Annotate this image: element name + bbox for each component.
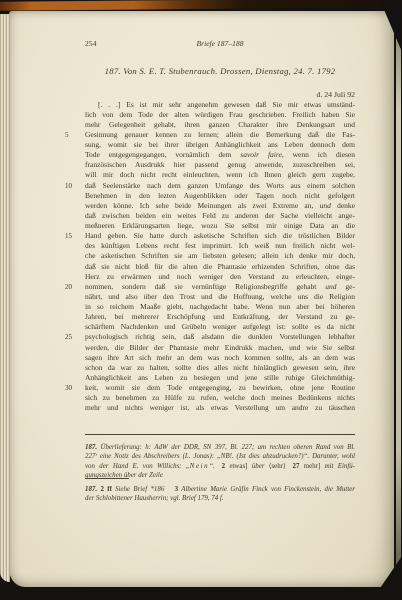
text-line: 20nommen, sondern daß sie vernünftige Re… — [85, 282, 355, 292]
text-line: Benehmen in den lezten Augenblikken oder… — [85, 191, 355, 201]
text-segment: von der Hand E. von Willichs: „ — [85, 463, 190, 470]
text-line: des künftigen Lebens recht fest imprimir… — [85, 241, 355, 251]
text-segment: nommen, sondern daß sie vernünftige Reli… — [85, 282, 325, 291]
text-segment: , wenn ich diesen — [282, 150, 355, 159]
text-segment: daß sie nicht bloß für die alten die Pha… — [85, 262, 355, 271]
text-segment: werden könne. Ich sehe beide Meinungen a… — [85, 201, 320, 210]
text-segment: Nein — [190, 463, 209, 470]
text-segment: ge- — [337, 282, 355, 291]
text-segment: Jahren, bei mehrerer Erschöpfung und Ent… — [85, 312, 355, 321]
text-segment — [215, 463, 222, 470]
text-line: in so reichem Maaße giebt, nachgedacht h… — [85, 302, 355, 312]
apparatus-divider-rule — [85, 434, 355, 435]
text-segment: meßneren Erklärungsarten liege, wozu Sie… — [85, 221, 355, 230]
text-line: sung, womit sie bei ihrer übrigen Anhäng… — [85, 140, 355, 150]
text-segment: will mir doch nicht recht einleuchten, w… — [85, 170, 355, 179]
text-segment: in so reichem Maaße giebt, nachgedacht h… — [85, 302, 355, 311]
text-segment: Hand geben. Sie hatte durch asketische S… — [85, 231, 355, 240]
text-segment: mit Einfü- — [325, 463, 355, 470]
text-segment: etwas] — [225, 463, 252, 470]
text-segment: sich zu benehmen zu Hülfe zu rufen, welc… — [85, 393, 355, 402]
text-line: Jahren, bei mehrerer Erschöpfung und Ent… — [85, 312, 355, 322]
text-segment: Anhänglichkeit ans Leben zu besiegen und… — [85, 373, 355, 382]
text-segment: [. . .] Es ist mir sehr angenehm gewesen… — [98, 100, 355, 109]
text-line: von der Hand E. von Willichs: „Nein“. 2 … — [85, 462, 355, 471]
text-segment: werden, die Bilder der Phantasie mehr Ei… — [85, 343, 355, 352]
page-header: 254 Briefe 187–188 — [85, 39, 355, 51]
text-line: der Schlobittener Hausherrin; vgl. Brief… — [85, 494, 355, 503]
margin-line-number: 15 — [65, 231, 80, 241]
text-line: 5Gesinnung genauer kennen zu lernen; all… — [85, 130, 355, 140]
text-segment: Albertine Marie Gräfin Finck von Fincken… — [178, 486, 355, 493]
text-segment: mehr] — [299, 463, 324, 470]
text-line: mehr Gelegenheit gehabt, ihren ganzen Ch… — [85, 120, 355, 130]
text-line: Anhänglichkeit ans Leben zu besiegen und… — [85, 373, 355, 383]
letter-dateline: d. 24 Juli 92 — [85, 90, 355, 99]
text-line: daß zwischen beiden ein weites Feld zu a… — [85, 211, 355, 221]
text-segment: lich von dem Tode der alten würdigen Fra… — [85, 110, 355, 119]
letter-body: [. . .] Es ist mir sehr angenehm gewesen… — [85, 100, 355, 414]
text-segment: nährt, und also über den Trost und die H… — [85, 292, 355, 301]
text-line: Tode entgegengegangen, vornämlich dem sa… — [85, 150, 355, 160]
text-segment: Herz zu erwärmen und noch weniger den Ve… — [85, 272, 355, 281]
text-segment: ⟨sehr⟩ — [264, 463, 285, 470]
margin-line-number: 10 — [65, 181, 80, 191]
text-segment: daß Seelenstärke nach dem ganzen Umfange… — [85, 181, 355, 190]
text-line: sich zu benehmen zu Hülfe zu rufen, welc… — [85, 393, 355, 403]
critical-apparatus: 187. Überlieferung: h: AdW der DDR, SN 3… — [85, 443, 355, 481]
text-segment: denke — [331, 201, 355, 210]
book-cover-edge — [0, 0, 392, 11]
text-line: lich von dem Tode der alten würdigen Fra… — [85, 110, 355, 120]
text-segment: des künftigen Lebens recht fest imprimir… — [85, 241, 355, 250]
text-line: 227ʳ eine Notiz des Abschreibers (L. Jon… — [85, 452, 355, 461]
page-edge-stack — [0, 14, 10, 582]
text-segment: che asketischen Schriften sie am liebste… — [85, 251, 355, 260]
text-line: französischen Ausdrukk hier passend genu… — [85, 160, 355, 170]
text-segment: der Schlobittener Hausherrin; vgl. Brief… — [85, 495, 224, 502]
text-segment: savoir faire — [240, 150, 282, 159]
text-segment: Benehmen in den lezten Augenblikken oder… — [85, 191, 355, 200]
text-segment: über — [252, 463, 265, 470]
footnote-divider-rule — [85, 478, 129, 479]
text-segment: schon da war zu halten, sollte dies alle… — [85, 363, 355, 372]
adjacent-page-edge — [396, 8, 401, 576]
text-segment: sung, womit sie bei ihrer übrigen Anhäng… — [85, 140, 355, 149]
margin-line-number: 30 — [65, 383, 80, 393]
text-line: mehr und nichts weniger ist, als etwas V… — [85, 403, 355, 413]
text-segment: 187. — [85, 444, 97, 451]
text-line: will mir doch nicht recht einleuchten, w… — [85, 170, 355, 180]
text-segment: sagen ihre Art sich mehr an dem was noch… — [85, 353, 355, 362]
text-segment: französischen Ausdrukk hier passend genu… — [85, 160, 355, 169]
commentary-footnotes: 187. 2 ff Siehe Brief *186 3 Albertine M… — [85, 485, 355, 504]
text-segment: 187. — [85, 486, 97, 493]
text-line: 187. Überlieferung: h: AdW der DDR, SN 3… — [85, 443, 355, 452]
text-segment: und — [320, 201, 331, 210]
text-line: daß sie nicht bloß für die alten die Pha… — [85, 262, 355, 272]
margin-line-number: 20 — [65, 282, 80, 292]
text-line: 10daß Seelenstärke nach dem ganzen Umfan… — [85, 181, 355, 191]
text-line: che asketischen Schriften sie am liebste… — [85, 251, 355, 261]
margin-line-number: 5 — [65, 130, 80, 140]
text-line: meßneren Erklärungsarten liege, wozu Sie… — [85, 221, 355, 231]
text-segment: 2 ff — [101, 486, 112, 493]
text-segment: Gesinnung genauer kennen zu lernen; alle… — [85, 130, 355, 139]
text-segment — [164, 486, 174, 493]
text-line: werden, die Bilder der Phantasie mehr Ei… — [85, 343, 355, 353]
letter-heading: 187. Von S. E. T. Stubenrauch. Drossen, … — [75, 66, 365, 76]
text-line: [. . .] Es ist mir sehr angenehm gewesen… — [85, 100, 355, 110]
text-line: gungszeichen über der Zeile — [85, 471, 355, 480]
text-segment: Tode entgegengegangen, vornämlich dem — [85, 150, 240, 159]
text-line: schon da war zu halten, sollte dies alle… — [85, 363, 355, 373]
margin-line-number: 25 — [65, 332, 80, 342]
text-segment: und — [325, 282, 336, 291]
text-line: 25psychologisch richtig sein, daß alsdan… — [85, 332, 355, 342]
text-line: 187. 2 ff Siehe Brief *186 3 Albertine M… — [85, 485, 355, 494]
book-scan-background: 254 Briefe 187–188 187. Von S. E. T. Stu… — [0, 0, 402, 600]
text-line: 15Hand geben. Sie hatte durch asketische… — [85, 231, 355, 241]
text-line: nährt, und also über den Trost und die H… — [85, 292, 355, 302]
text-segment — [286, 463, 293, 470]
text-segment: keit, womit sie dem Tode entgegenging, z… — [85, 383, 355, 392]
text-segment: daß zwischen beiden ein weites Feld zu a… — [85, 211, 355, 220]
text-segment: 227ʳ eine Notiz des Abschreibers (L. Jon… — [85, 453, 355, 460]
text-line: 30keit, womit sie dem Tode entgegenging,… — [85, 383, 355, 393]
text-line: sagen ihre Art sich mehr an dem was noch… — [85, 353, 355, 363]
text-segment: Überlieferung: h: AdW der DDR, SN 397, B… — [101, 444, 355, 451]
running-header: Briefe 187–188 — [85, 39, 355, 48]
text-segment: Siehe Brief *186 — [112, 486, 164, 493]
text-line: werden könne. Ich sehe beide Meinungen a… — [85, 201, 355, 211]
text-line: Herz zu erwärmen und noch weniger den Ve… — [85, 272, 355, 282]
text-segment: schärftem Nachdenken und Grübeln weniger… — [85, 322, 355, 331]
book-page: 254 Briefe 187–188 187. Von S. E. T. Stu… — [9, 11, 394, 587]
text-segment: mehr Gelegenheit gehabt, ihren ganzen Ch… — [85, 120, 355, 129]
text-line: schärftem Nachdenken und Grübeln weniger… — [85, 322, 355, 332]
text-segment: psychologisch richtig sein, daß alsdann … — [85, 332, 355, 341]
text-segment: mehr und nichts weniger ist, als etwas V… — [85, 403, 355, 412]
